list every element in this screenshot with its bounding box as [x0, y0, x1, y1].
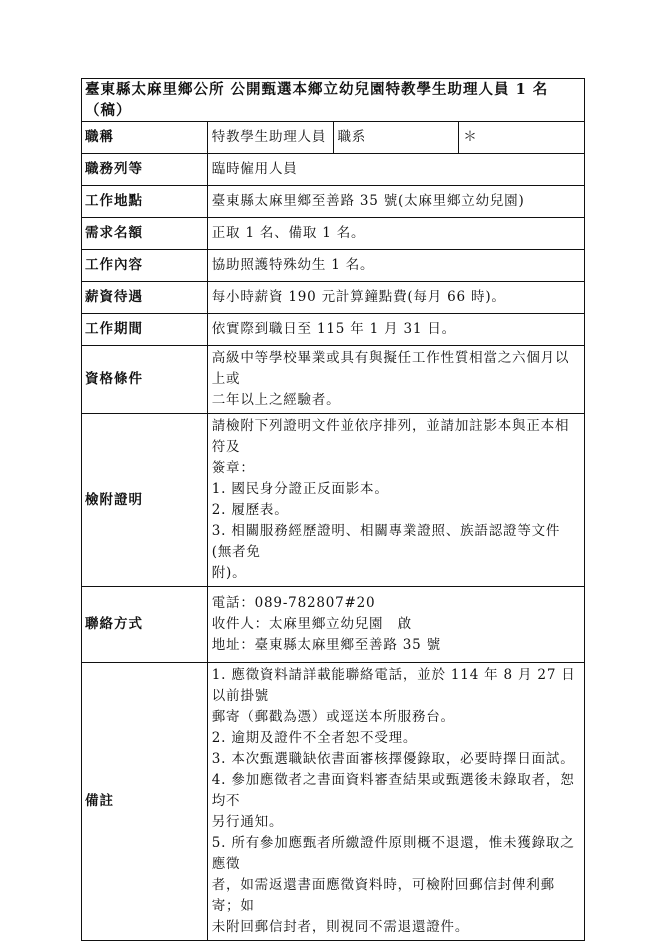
- qualifications-line: 高級中等學校畢業或具有與擬任工作性質相當之六個月以上或: [212, 348, 580, 390]
- rank-label: 職務列等: [82, 154, 208, 186]
- qualifications-label: 資格條件: [82, 346, 208, 414]
- table-row-qualifications: 資格條件 高級中等學校畢業或具有與擬任工作性質相當之六個月以上或 二年以上之經驗…: [82, 346, 585, 414]
- documents-line: 1. 國民身分證正反面影本。: [212, 479, 580, 500]
- contact-label: 聯絡方式: [82, 587, 208, 663]
- job-title-label: 職稱: [82, 122, 208, 154]
- table-row-contact: 聯絡方式 電話：089-782807#20 收件人：太麻里鄉立幼兒園 啟 地址：…: [82, 587, 585, 663]
- notes-value: 1. 應徵資料請詳載能聯絡電話，並於 114 年 8 月 27 日以前掛號 郵寄…: [207, 663, 584, 941]
- headcount-label: 需求名額: [82, 218, 208, 250]
- notes-line: 2. 逾期及證件不全者恕不受理。: [212, 728, 580, 749]
- duties-label: 工作內容: [82, 250, 208, 282]
- job-title-value: 特教學生助理人員: [207, 122, 333, 154]
- recruitment-table: 臺東縣太麻里鄉公所 公開甄選本鄉立幼兒園特教學生助理人員 1 名（稿） 職稱 特…: [81, 78, 585, 941]
- title-row: 臺東縣太麻里鄉公所 公開甄選本鄉立幼兒園特教學生助理人員 1 名（稿）: [82, 79, 585, 122]
- table-row-documents: 檢附證明 請檢附下列證明文件並依序排列，並請加註影本與正本相符及 簽章： 1. …: [82, 414, 585, 587]
- table-row-job-title: 職稱 特教學生助理人員 職系 ＊: [82, 122, 585, 154]
- documents-value: 請檢附下列證明文件並依序排列，並請加註影本與正本相符及 簽章： 1. 國民身分證…: [207, 414, 584, 587]
- notes-line: 者，如需返還書面應徵資料時，可檢附回郵信封俾利郵寄；如: [212, 875, 580, 917]
- contact-phone: 電話：089-782807#20: [212, 593, 580, 614]
- notes-label: 備註: [82, 663, 208, 941]
- contact-recipient: 收件人：太麻里鄉立幼兒園 啟: [212, 614, 580, 635]
- documents-line: 附)。: [212, 563, 580, 584]
- documents-line: 簽章：: [212, 458, 580, 479]
- rank-value: 臨時僱用人員: [207, 154, 584, 186]
- notes-line: 郵寄（郵戳為憑）或逕送本所服務台。: [212, 707, 580, 728]
- documents-line: 請檢附下列證明文件並依序排列，並請加註影本與正本相符及: [212, 416, 580, 458]
- table-row-duties: 工作內容 協助照護特殊幼生 1 名。: [82, 250, 585, 282]
- notes-line: 3. 本次甄選職缺依書面審核擇優錄取，必要時擇日面試。: [212, 749, 580, 770]
- job-series-value: ＊: [459, 122, 585, 154]
- period-label: 工作期間: [82, 314, 208, 346]
- table-row-period: 工作期間 依實際到職日至 115 年 1 月 31 日。: [82, 314, 585, 346]
- salary-value: 每小時薪資 190 元計算鐘點費(每月 66 時)。: [207, 282, 584, 314]
- notes-line: 5. 所有參加應甄者所繳證件原則概不退還，惟未獲錄取之應徵: [212, 833, 580, 875]
- table-row-location: 工作地點 臺東縣太麻里鄉至善路 35 號(太麻里鄉立幼兒園): [82, 186, 585, 218]
- notes-line: 未附回郵信封者，則視同不需退還證件。: [212, 917, 580, 938]
- document-title: 臺東縣太麻里鄉公所 公開甄選本鄉立幼兒園特教學生助理人員 1 名（稿）: [82, 79, 585, 122]
- table-row-headcount: 需求名額 正取 1 名、備取 1 名。: [82, 218, 585, 250]
- notes-line: 1. 應徵資料請詳載能聯絡電話，並於 114 年 8 月 27 日以前掛號: [212, 665, 580, 707]
- documents-line: 2. 履歷表。: [212, 500, 580, 521]
- headcount-value: 正取 1 名、備取 1 名。: [207, 218, 584, 250]
- job-series-label: 職系: [333, 122, 459, 154]
- salary-label: 薪資待遇: [82, 282, 208, 314]
- qualifications-line: 二年以上之經驗者。: [212, 390, 580, 411]
- table-row-notes: 備註 1. 應徵資料請詳載能聯絡電話，並於 114 年 8 月 27 日以前掛號…: [82, 663, 585, 941]
- documents-label: 檢附證明: [82, 414, 208, 587]
- contact-address: 地址：臺東縣太麻里鄉至善路 35 號: [212, 635, 580, 656]
- documents-line: 3. 相關服務經歷證明、相關專業證照、族語認證等文件(無者免: [212, 521, 580, 563]
- notes-line: 另行通知。: [212, 812, 580, 833]
- location-value: 臺東縣太麻里鄉至善路 35 號(太麻里鄉立幼兒園): [207, 186, 584, 218]
- duties-value: 協助照護特殊幼生 1 名。: [207, 250, 584, 282]
- location-label: 工作地點: [82, 186, 208, 218]
- table-row-rank: 職務列等 臨時僱用人員: [82, 154, 585, 186]
- table-row-salary: 薪資待遇 每小時薪資 190 元計算鐘點費(每月 66 時)。: [82, 282, 585, 314]
- document-page: 臺東縣太麻里鄉公所 公開甄選本鄉立幼兒園特教學生助理人員 1 名（稿） 職稱 特…: [81, 78, 585, 941]
- period-value: 依實際到職日至 115 年 1 月 31 日。: [207, 314, 584, 346]
- contact-value: 電話：089-782807#20 收件人：太麻里鄉立幼兒園 啟 地址：臺東縣太麻…: [207, 587, 584, 663]
- qualifications-value: 高級中等學校畢業或具有與擬任工作性質相當之六個月以上或 二年以上之經驗者。: [207, 346, 584, 414]
- notes-line: 4. 參加應徵者之書面資料審查結果或甄選後未錄取者，恕均不: [212, 770, 580, 812]
